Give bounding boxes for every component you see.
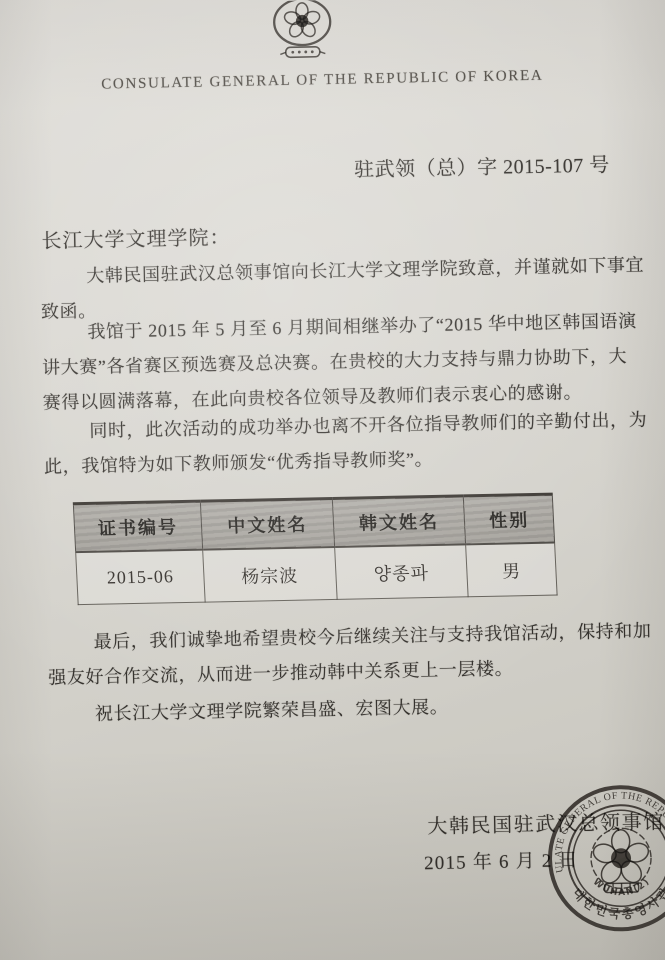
scanned-letter-photo: CONSULATE GENERAL OF THE REPUBLIC OF KOR…: [0, 0, 665, 960]
document-sheet: CONSULATE GENERAL OF THE REPUBLIC OF KOR…: [0, 0, 665, 960]
table-header-certificate-no: 证书编号: [73, 501, 202, 552]
paragraph-contest: 我馆于 2015 年 5 月至 6 月期间相继举办了“2015 华中地区韩国语演…: [41, 304, 639, 421]
emblem-ribbon: [280, 47, 325, 58]
table-cell-korean-name: 양종파: [334, 544, 468, 599]
table-cell-gender: 男: [466, 543, 557, 597]
paragraph-closing: 最后，我们诚挚地希望贵校今后继续关注与支持我馆活动，保持和加 强友好合作交流，从…: [47, 614, 644, 696]
table-header-chinese-name: 中文姓名: [200, 499, 334, 550]
table-row: 2015-06 杨宗波 양종파 男: [76, 543, 557, 605]
stamp-taegeuk-icon: [611, 848, 631, 868]
table-header-gender: 性别: [464, 494, 555, 544]
award-table: 证书编号 中文姓名 韩文姓名 性别 2015-06 杨宗波 양종파 男: [73, 493, 558, 606]
consulate-round-stamp: CONSULATE GENERAL OF THE REPUBLIC OF KOR…: [537, 775, 665, 942]
recipient-line: 长江大学文理学院：: [41, 221, 231, 260]
table-cell-chinese-name: 杨宗波: [203, 547, 337, 602]
table-cell-certificate-no: 2015-06: [76, 550, 205, 605]
table-header-korean-name: 韩文姓名: [332, 496, 466, 547]
reference-number: 驻武领（总）字 2015-107 号: [354, 148, 610, 187]
paragraph-award-intro: 同时，此次活动的成功举办也离不开各位指导教师们的辛勤付出，为 此，我馆特为如下教…: [43, 403, 640, 485]
korea-national-emblem-icon: [269, 0, 336, 64]
letterhead-org-name: CONSULATE GENERAL OF THE REPUBLIC OF KOR…: [0, 66, 652, 96]
